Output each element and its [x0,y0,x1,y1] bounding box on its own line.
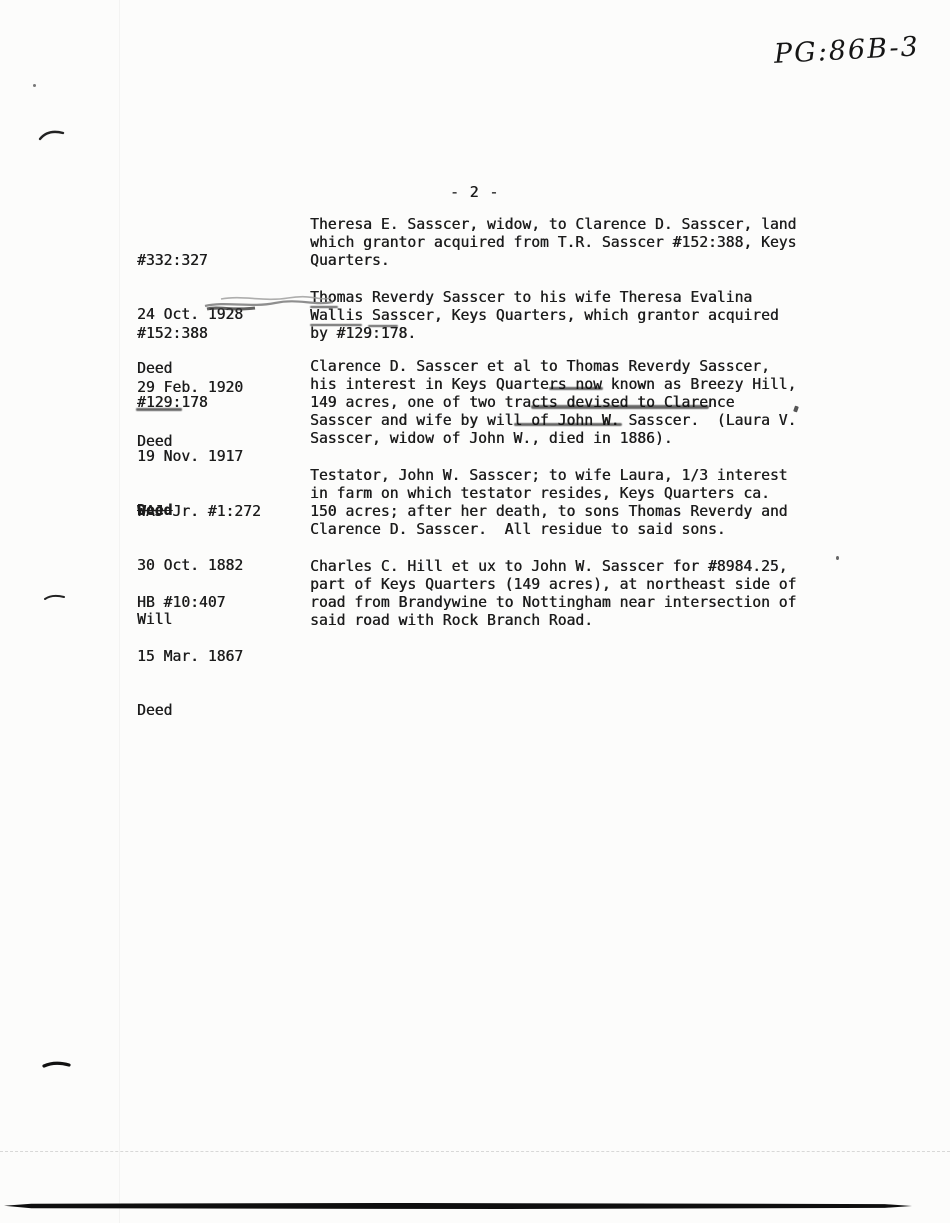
pencil-scribble-smudge [203,293,335,315]
record-doc-type: Deed [137,702,307,720]
record-ref: HB #10:407 [137,594,307,612]
handwritten-reference: PG:86B-3 [774,38,925,64]
record-description: Testator, John W. Sasscer; to wife Laura… [310,467,830,539]
record-ref: #129:178 [137,394,307,412]
faint-scan-line [0,1151,950,1152]
scan-speck [33,84,36,87]
record-ref: WAJ Jr. #1:272 [137,503,307,521]
margin-dash-mark [38,126,66,142]
record-ref: #332:327 [137,252,307,270]
scan-speck [836,556,839,560]
record-description: Theresa E. Sasscer, widow, to Clarence D… [310,216,830,270]
record-description: Clarence D. Sasscer et al to Thomas Reve… [310,358,830,448]
margin-dash-mark [43,591,67,603]
record-description: Charles C. Hill et ux to John W. Sasscer… [310,558,830,630]
margin-dash-mark [42,1058,72,1070]
record-ref: #152:388 [137,325,307,343]
scan-edge-bar [4,1203,912,1209]
record-date: 19 Nov. 1917 [137,448,307,466]
record-date: 15 Mar. 1867 [137,648,307,666]
record-description: Thomas Reverdy Sasscer to his wife There… [310,289,830,343]
scan-fold-line [119,0,120,1223]
page-number: - 2 - [450,184,499,202]
